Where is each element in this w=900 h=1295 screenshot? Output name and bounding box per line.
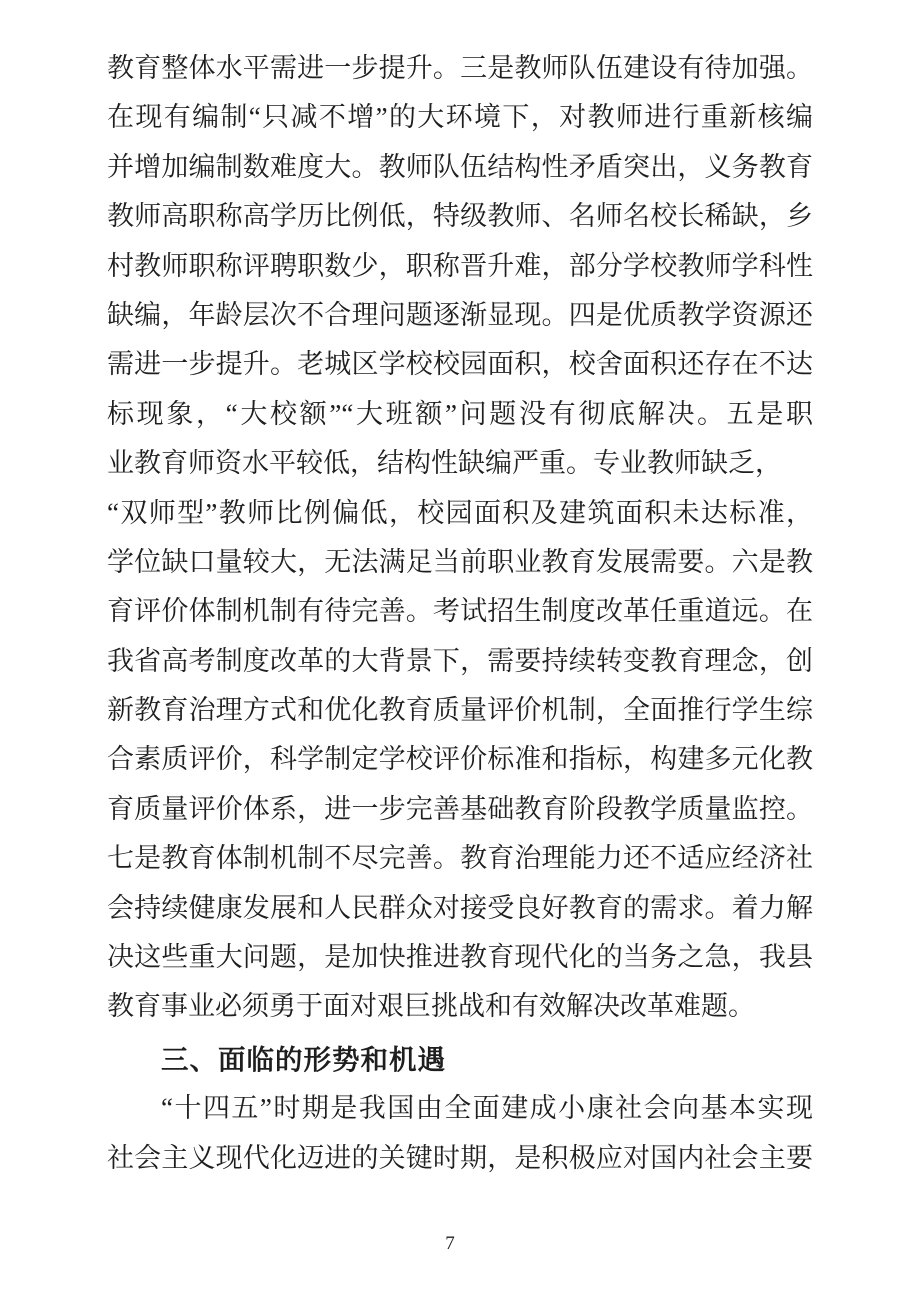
document-page: 教育整体水平需进一步提升。三是教师队伍建设有待加强。 在现有编制“只减不增”的大…	[0, 0, 900, 1295]
text-line: 教育事业必须勇于面对艰巨挑战和有效解决改革难题。	[107, 982, 813, 1031]
text-line: 决这些重大问题，是加快推进教育现代化的当务之急，我县	[107, 933, 813, 982]
text-line: 缺编，年龄层次不合理问题逐渐显现。四是优质教学资源还	[107, 291, 813, 340]
text-line: 新教育治理方式和优化教育质量评价机制，全面推行学生综	[107, 686, 813, 735]
document-body: 教育整体水平需进一步提升。三是教师队伍建设有待加强。 在现有编制“只减不增”的大…	[107, 44, 813, 1183]
text-line: 教师高职称高学历比例低，特级教师、名师名校长稀缺，乡	[107, 192, 813, 241]
text-line: 合素质评价，科学制定学校评价标准和指标，构建多元化教	[107, 735, 813, 784]
section-heading: 三、面临的形势和机遇	[107, 1035, 813, 1084]
text-line: 七是教育体制机制不尽完善。教育治理能力还不适应经济社	[107, 834, 813, 883]
text-line: 教育整体水平需进一步提升。三是教师队伍建设有待加强。	[107, 44, 813, 93]
text-line: 并增加编制数难度大。教师队伍结构性矛盾突出，义务教育	[107, 143, 813, 192]
text-line: 学位缺口量较大，无法满足当前职业教育发展需要。六是教	[107, 538, 813, 587]
text-line: 标现象，“大校额”“大班额”问题没有彻底解决。五是职	[107, 390, 813, 439]
text-line: 社会主义现代化迈进的关键时期，是积极应对国内社会主要	[107, 1134, 813, 1183]
text-line: 业教育师资水平较低，结构性缺编严重。专业教师缺乏，	[107, 439, 813, 488]
text-line: 需进一步提升。老城区学校校园面积，校舍面积还存在不达	[107, 340, 813, 389]
text-line: 会持续健康发展和人民群众对接受良好教育的需求。着力解	[107, 884, 813, 933]
text-line: 村教师职称评聘职数少，职称晋升难，部分学校教师学科性	[107, 242, 813, 291]
text-line: 育质量评价体系，进一步完善基础教育阶段教学质量监控。	[107, 785, 813, 834]
text-line: 在现有编制“只减不增”的大环境下，对教师进行重新核编	[107, 93, 813, 142]
text-line: 育评价体制机制有待完善。考试招生制度改革任重道远。在	[107, 587, 813, 636]
text-line: 我省高考制度改革的大背景下，需要持续转变教育理念，创	[107, 637, 813, 686]
text-line: “十四五”时期是我国由全面建成小康社会向基本实现	[107, 1084, 813, 1133]
page-number: 7	[0, 1232, 900, 1256]
text-line: “双师型”教师比例偏低，校园面积及建筑面积未达标准，	[107, 489, 813, 538]
